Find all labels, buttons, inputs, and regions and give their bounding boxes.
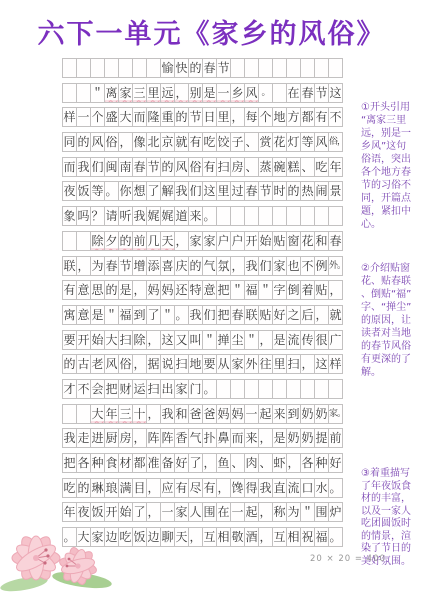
grid-cell: ， [286, 453, 301, 473]
grid-cell: 了 [146, 305, 161, 325]
grid-row: 把各种食材都准备好了，鱼、肉、虾，各种好 [62, 453, 364, 473]
grid-cell: 节 [314, 83, 329, 103]
grid-cell: 福 [118, 305, 133, 325]
grid-cell: 尽 [188, 478, 203, 498]
grid-cell: ， [328, 280, 343, 300]
grid-cell: 边 [146, 527, 161, 547]
grid-cell: 北 [146, 132, 161, 152]
grid-cell: 。 [202, 379, 217, 399]
grid-cell: 户 [230, 231, 245, 251]
grid-cell: 妈 [160, 280, 175, 300]
grid-cell: 吗 [76, 206, 91, 226]
grid-cell: 吃 [314, 157, 329, 177]
grid-cell: 节 [258, 181, 273, 201]
grid-cell: 个 [258, 107, 273, 127]
grid-cell: ＂ [90, 83, 105, 103]
grid-cell: 传 [300, 330, 315, 350]
grid-cell: 起 [258, 404, 273, 424]
grid-cell: 前 [328, 428, 343, 448]
grid-cell: 像 [132, 132, 147, 152]
grid-cell: 食 [104, 453, 119, 473]
grid-cell: 了 [132, 502, 147, 522]
grid-cell-empty [328, 58, 343, 78]
grid-cell: 十 [132, 404, 147, 424]
grid-cell: ， [132, 280, 147, 300]
grid-cell: 妈 [230, 404, 245, 424]
grid-cell-empty [300, 58, 315, 78]
grid-cell: ， [216, 478, 231, 498]
grid-cell: 碗 [272, 157, 287, 177]
grid-cell: 一 [244, 404, 259, 424]
grid-cell: 地 [188, 354, 203, 374]
grid-cell: 敬 [230, 527, 245, 547]
grid-cell: 炉 [328, 502, 343, 522]
grid-cell: 年 [328, 157, 343, 177]
grid-cell: 蒸 [258, 157, 273, 177]
grid-cell: 才 [62, 379, 77, 399]
grid-cell: 有 [202, 478, 217, 498]
grid-cell: 到 [132, 305, 147, 325]
grid-cell: ＂ [300, 502, 315, 522]
grid-cell: 俗， [328, 132, 343, 152]
grid-cell: 虾 [272, 453, 287, 473]
grid-cell: 一 [160, 502, 175, 522]
grid-cell: 重 [160, 107, 175, 127]
grid-cell: 还 [174, 280, 189, 300]
grid-cell: 各 [300, 453, 315, 473]
grid-cell: 天 [174, 527, 189, 547]
grid-cell-empty [90, 58, 105, 78]
grid-cell: 闹 [314, 181, 329, 201]
grid-cell: 就 [174, 132, 189, 152]
grid-cell: 贴 [258, 305, 273, 325]
grid-cell: ， [146, 404, 161, 424]
grid-cell: 娓 [146, 206, 161, 226]
grid-cell: 馋 [230, 478, 245, 498]
grid-cell: 相 [216, 527, 231, 547]
grid-cell: ， [174, 231, 189, 251]
grid-cell: 有 [188, 132, 203, 152]
grid-cell: 三 [132, 83, 147, 103]
grid-cell: 节 [118, 256, 133, 276]
grid-cell: 阵 [160, 428, 175, 448]
grid-cell: 俗 [118, 354, 133, 374]
grid-cell: 、 [244, 157, 259, 177]
grid-cell: 目 [132, 478, 147, 498]
grid-cell: 香 [174, 428, 189, 448]
grid-cell: 春 [328, 231, 343, 251]
grid-cell-empty [76, 231, 91, 251]
grid-cell: 里 [216, 107, 231, 127]
grid-cell: 始 [258, 231, 273, 251]
grid-cell: 等 [90, 181, 105, 201]
grid-cell-empty [258, 379, 273, 399]
grid-cell: 家 [230, 354, 245, 374]
grid-cell: 的 [188, 256, 203, 276]
grid-cell: 们 [90, 157, 105, 177]
grid-cell: 流 [286, 478, 301, 498]
grid-cell: 南 [118, 157, 133, 177]
grid-cell: 提 [314, 428, 329, 448]
grid-cell: 围 [202, 502, 217, 522]
grid-cell: 是 [90, 305, 105, 325]
grid-cell: 奶 [286, 428, 301, 448]
composition-grid: 愉快的春节＂离家三里远，别是一乡风。＂在春节这样一个盛大而隆重的节日里，每个地方… [62, 58, 364, 552]
grid-row: 除夕的前几天，家家户户开始贴窗花和春 [62, 231, 364, 251]
grid-cell: 各 [76, 453, 91, 473]
grid-cell: 、 [258, 453, 273, 473]
grid-cell: 材 [118, 453, 133, 473]
grid-cell: 贴 [314, 280, 329, 300]
grid-cell: 应 [160, 478, 175, 498]
grid-cell: 在 [286, 83, 301, 103]
grid-cell: 夕 [104, 231, 119, 251]
grid-cell: ， [314, 305, 329, 325]
grid-cell-empty [258, 206, 273, 226]
grid-cell: 象 [62, 206, 77, 226]
flower-decoration [0, 496, 119, 600]
grid-cell: 会 [90, 379, 105, 399]
grid-cell: ， [300, 354, 315, 374]
grid-cell: 吃 [62, 478, 77, 498]
grid-cell: 有 [174, 478, 189, 498]
grid-cell: 是 [202, 83, 217, 103]
grid-cell-empty [272, 58, 287, 78]
grid-row: 夜饭等。你想了解我们这里过春节时的热闹景 [62, 181, 364, 201]
grid-cell: 奶 [300, 404, 315, 424]
page-title: 六下一单元《家乡的风俗》 [0, 12, 423, 51]
grid-cell: 特 [188, 280, 203, 300]
grid-cell-empty [272, 83, 287, 103]
grid-cell: 、 [300, 157, 315, 177]
grid-cell: 个 [90, 107, 105, 127]
grid-cell: 节 [146, 157, 161, 177]
grid-cell: 春 [244, 181, 259, 201]
grid-cell: 在 [216, 502, 231, 522]
grid-cell-empty [244, 379, 259, 399]
grid-cell: 气 [188, 428, 203, 448]
grid-cell: 备 [160, 453, 175, 473]
grid-cell: 春 [300, 83, 315, 103]
grid-cell: 都 [300, 107, 315, 127]
grid-cell: 几 [146, 231, 161, 251]
grid-cell: 家。 [328, 404, 343, 424]
grid-cell: 互 [272, 527, 287, 547]
grid-cell: 和 [314, 231, 329, 251]
grid-cell: 我 [188, 305, 203, 325]
grid-cell: 风 [104, 354, 119, 374]
grid-cell: 们 [188, 181, 203, 201]
grid-cell: 赏 [258, 132, 273, 152]
grid-cell: 称 [272, 502, 287, 522]
grid-cell: 开 [244, 231, 259, 251]
grid-cell: 前 [132, 231, 147, 251]
grid-cell: 快 [174, 58, 189, 78]
grid-cell: 有 [62, 280, 77, 300]
grid-cell: 是 [118, 280, 133, 300]
grid-cell: 大 [104, 330, 119, 350]
grid-cell: 吃 [118, 527, 133, 547]
grid-cell: 来 [188, 206, 203, 226]
grid-cell: 里 [272, 354, 287, 374]
grid-cell: ＂ [202, 330, 217, 350]
grid-cell: 和 [174, 404, 189, 424]
grid-cell: 的 [76, 132, 91, 152]
grid-cell: ， [188, 527, 203, 547]
grid-cell: 家 [174, 502, 189, 522]
grid-cell: 饭 [76, 181, 91, 201]
grid-cell: 我 [174, 181, 189, 201]
grid-cell: ， [258, 330, 273, 350]
grid-cell: ， [258, 428, 273, 448]
grid-cell: ＂ [230, 280, 245, 300]
grid-cell: 很 [314, 330, 329, 350]
grid-cell: 叫 [188, 330, 203, 350]
grid-cell-empty [230, 206, 245, 226]
grid-cell: 人 [188, 502, 203, 522]
grid-row: 的古老风俗，据说扫地要从家外往里扫，这样 [62, 354, 364, 374]
grid-cell: 扫 [146, 379, 161, 399]
grid-cell: 互 [202, 527, 217, 547]
grid-cell: 气 [202, 256, 217, 276]
grid-cell: 家 [188, 231, 203, 251]
grid-cell: 热 [300, 181, 315, 201]
grid-cell: 爸 [202, 404, 217, 424]
grid-cell: 同 [62, 132, 77, 152]
grid-cell: 满 [118, 478, 133, 498]
grid-row: 有意思的是，妈妈还特意把＂福＂字倒着贴， [62, 280, 364, 300]
grid-cell-empty [230, 58, 245, 78]
margin-annotation-2: ②介绍贴窗花、贴春联、倒贴“福”字、“掸尘”的原因，让读者对当地的春节风俗有更深… [361, 262, 415, 379]
grid-row: 联，为春节增添喜庆的气氛，我们家也不例外。 [62, 256, 364, 276]
grid-cell-empty [216, 379, 231, 399]
grid-cell: ？ [90, 206, 105, 226]
grid-cell: ， [146, 502, 161, 522]
grid-cell-empty [272, 379, 287, 399]
grid-cell: 样 [328, 354, 343, 374]
grid-cell-empty [258, 58, 273, 78]
composition-sheet: 六下一单元《家乡的风俗》 愉快的春节＂离家三里远，别是一乡风。＂在春节这样一个盛… [0, 0, 423, 600]
grid-cell: 户 [216, 231, 231, 251]
grid-cell: 来 [272, 404, 287, 424]
grid-cell: 酒 [244, 527, 259, 547]
grid-cell: 准 [146, 453, 161, 473]
grid-cell: 要 [202, 354, 217, 374]
grid-cell: 是 [272, 330, 287, 350]
grid-cell: 大 [90, 404, 105, 424]
grid-cell: 贴 [272, 231, 287, 251]
grid-cell-empty [286, 206, 301, 226]
grid-row: ＂离家三里远，别是一乡风。＂在春节这 [62, 83, 364, 103]
grid-cell: 琳 [90, 478, 105, 498]
grid-cell: 闽 [104, 157, 119, 177]
grid-cell-empty [230, 379, 245, 399]
grid-cell: 家 [118, 83, 133, 103]
grid-cell-empty [62, 231, 77, 251]
grid-cell-empty [62, 58, 77, 78]
grid-cell: 过 [230, 181, 245, 201]
grid-cell: 而 [132, 107, 147, 127]
grid-cell-empty [244, 206, 259, 226]
grid-cell: 始 [90, 330, 105, 350]
grid-cell: 景 [328, 181, 343, 201]
grid-cell: ， [174, 83, 189, 103]
grid-cell: ， [230, 256, 245, 276]
grid-cell-empty [132, 58, 147, 78]
grid-cell: 扫 [216, 157, 231, 177]
grid-cell: 风 [90, 132, 105, 152]
grid-cell: ， [146, 478, 161, 498]
grid-cell: ， [258, 527, 273, 547]
grid-cell: 祝 [300, 527, 315, 547]
grid-cell: 远 [160, 83, 175, 103]
grid-cell-empty [62, 404, 77, 424]
grid-cell: 。 [328, 527, 343, 547]
grid-cell: 琅 [104, 478, 119, 498]
grid-cell: 阵 [146, 428, 161, 448]
grid-cell: 里 [216, 181, 231, 201]
grid-cell: 样 [62, 107, 77, 127]
grid-cell: 不 [76, 379, 91, 399]
grid-cell: 节 [216, 58, 231, 78]
grid-cell-empty [314, 379, 329, 399]
grid-row: 大年三十，我和爸爸妈妈一起来到奶奶家。 [62, 404, 364, 424]
grid-cell: 春 [132, 157, 147, 177]
grid-cell: 愉 [160, 58, 175, 78]
grid-cell: 的 [62, 354, 77, 374]
grid-cell: 糕 [286, 157, 301, 177]
grid-cell: 有 [314, 107, 329, 127]
grid-cell: 的 [118, 231, 133, 251]
grid-cell: 就 [328, 305, 343, 325]
grid-cell: 掸 [216, 330, 231, 350]
grid-cell: 年 [104, 404, 119, 424]
grid-row: 要开始大扫除，这又叫＂掸尘＂，是流传很广 [62, 330, 364, 350]
grid-cell: 我 [132, 206, 147, 226]
grid-cell: 。＂ [258, 83, 273, 103]
grid-row: 而我们闽南春节的风俗有扫房、蒸碗糕、吃年 [62, 157, 364, 177]
grid-cell: 除 [90, 231, 105, 251]
grid-cell: 奶 [314, 404, 329, 424]
grid-cell: 为 [90, 256, 105, 276]
grid-cell: 外 [244, 354, 259, 374]
grid-cell: 而 [230, 428, 245, 448]
grid-cell-empty [146, 58, 161, 78]
grid-cell: 后 [300, 305, 315, 325]
grid-cell: 方 [286, 107, 301, 127]
grid-cell: 相 [286, 527, 301, 547]
grid-cell: 我 [244, 256, 259, 276]
grid-cell: 尘 [230, 330, 245, 350]
grid-cell: 花 [272, 132, 287, 152]
grid-cell: 我 [258, 478, 273, 498]
grid-cell: 财 [118, 379, 133, 399]
grid-row: 我走进厨房，阵阵香气扑鼻而来，是奶奶提前 [62, 428, 364, 448]
grid-cell: 风 [174, 157, 189, 177]
grid-cell: ， [202, 453, 217, 473]
grid-cell: ＂ [258, 280, 273, 300]
grid-cell: 古 [76, 354, 91, 374]
grid-cell: 我 [160, 404, 175, 424]
grid-cell: 解 [160, 181, 175, 201]
margin-annotation-3: ③着重描写了年夜饭食材的丰富，以及一家人吃团圆饭时的情景，渲染了节日的美好氛围。 [361, 468, 415, 568]
grid-cell: 一 [76, 107, 91, 127]
grid-cell-empty [300, 379, 315, 399]
grid-cell: 厨 [104, 428, 119, 448]
grid-cell: 妈 [216, 404, 231, 424]
grid-cell: ＂ [160, 305, 175, 325]
grid-cell: 广 [328, 330, 343, 350]
grid-cell: 家 [272, 256, 287, 276]
grid-cell: 流 [286, 330, 301, 350]
grid-cell-empty [328, 206, 343, 226]
grid-cell: 房 [230, 157, 245, 177]
grid-cell: 娓 [160, 206, 175, 226]
grid-cell: 运 [132, 379, 147, 399]
grid-cell-empty [272, 206, 287, 226]
grid-cell: 意 [76, 305, 91, 325]
grid-cell: 都 [132, 453, 147, 473]
grid-cell: 的 [160, 157, 175, 177]
grid-cell: 饺 [216, 132, 231, 152]
grid-cell: 灯 [286, 132, 301, 152]
grid-cell: 、 [244, 132, 259, 152]
grid-cell: 意 [202, 280, 217, 300]
grid-cell: 把 [104, 379, 119, 399]
grid-cell: 房 [118, 428, 133, 448]
grid-cell: 之 [286, 305, 301, 325]
grid-cell: 子 [230, 132, 245, 152]
grid-cell-empty [286, 58, 301, 78]
grid-cell: 起 [244, 502, 259, 522]
grid-cell: 。 [174, 305, 189, 325]
grid-cell: 种 [90, 453, 105, 473]
grid-cell: 好 [272, 305, 287, 325]
grid-cell: 想 [132, 181, 147, 201]
grid-cell: ＂ [104, 305, 119, 325]
grid-cell-empty [328, 379, 343, 399]
grid-cell-empty [76, 404, 91, 424]
grid-cell: 联 [62, 256, 77, 276]
grid-cell: 道 [174, 206, 189, 226]
grid-cell-empty [314, 58, 329, 78]
grid-cell: 我 [62, 428, 77, 448]
grid-cell: 饭 [132, 527, 147, 547]
grid-cell: 说 [160, 354, 175, 374]
page-size-note: 20 × 20 = 400 [310, 554, 386, 564]
grid-cell-empty [62, 83, 77, 103]
grid-cell: 联 [244, 305, 259, 325]
grid-cell: 往 [258, 354, 273, 374]
grid-cell: 氛 [216, 256, 231, 276]
grid-cell-empty [76, 83, 91, 103]
grid-cell: 来 [244, 428, 259, 448]
grid-cell: 不 [300, 256, 315, 276]
grid-cell: 把 [216, 280, 231, 300]
grid-cell: 要 [62, 330, 77, 350]
grid-cell: 你 [118, 181, 133, 201]
grid-row: 样一个盛大而隆重的节日里，每个地方都有不 [62, 107, 364, 127]
grid-cell: 添 [146, 256, 161, 276]
grid-cell: 除 [132, 330, 147, 350]
grid-cell-empty [286, 379, 301, 399]
grid-cell: 这 [328, 83, 343, 103]
grid-cell: 每 [244, 107, 259, 127]
grid-cell: 又 [174, 330, 189, 350]
grid-cell-empty [300, 206, 315, 226]
grid-cell: 走 [76, 428, 91, 448]
grid-cell: 的 [286, 181, 301, 201]
